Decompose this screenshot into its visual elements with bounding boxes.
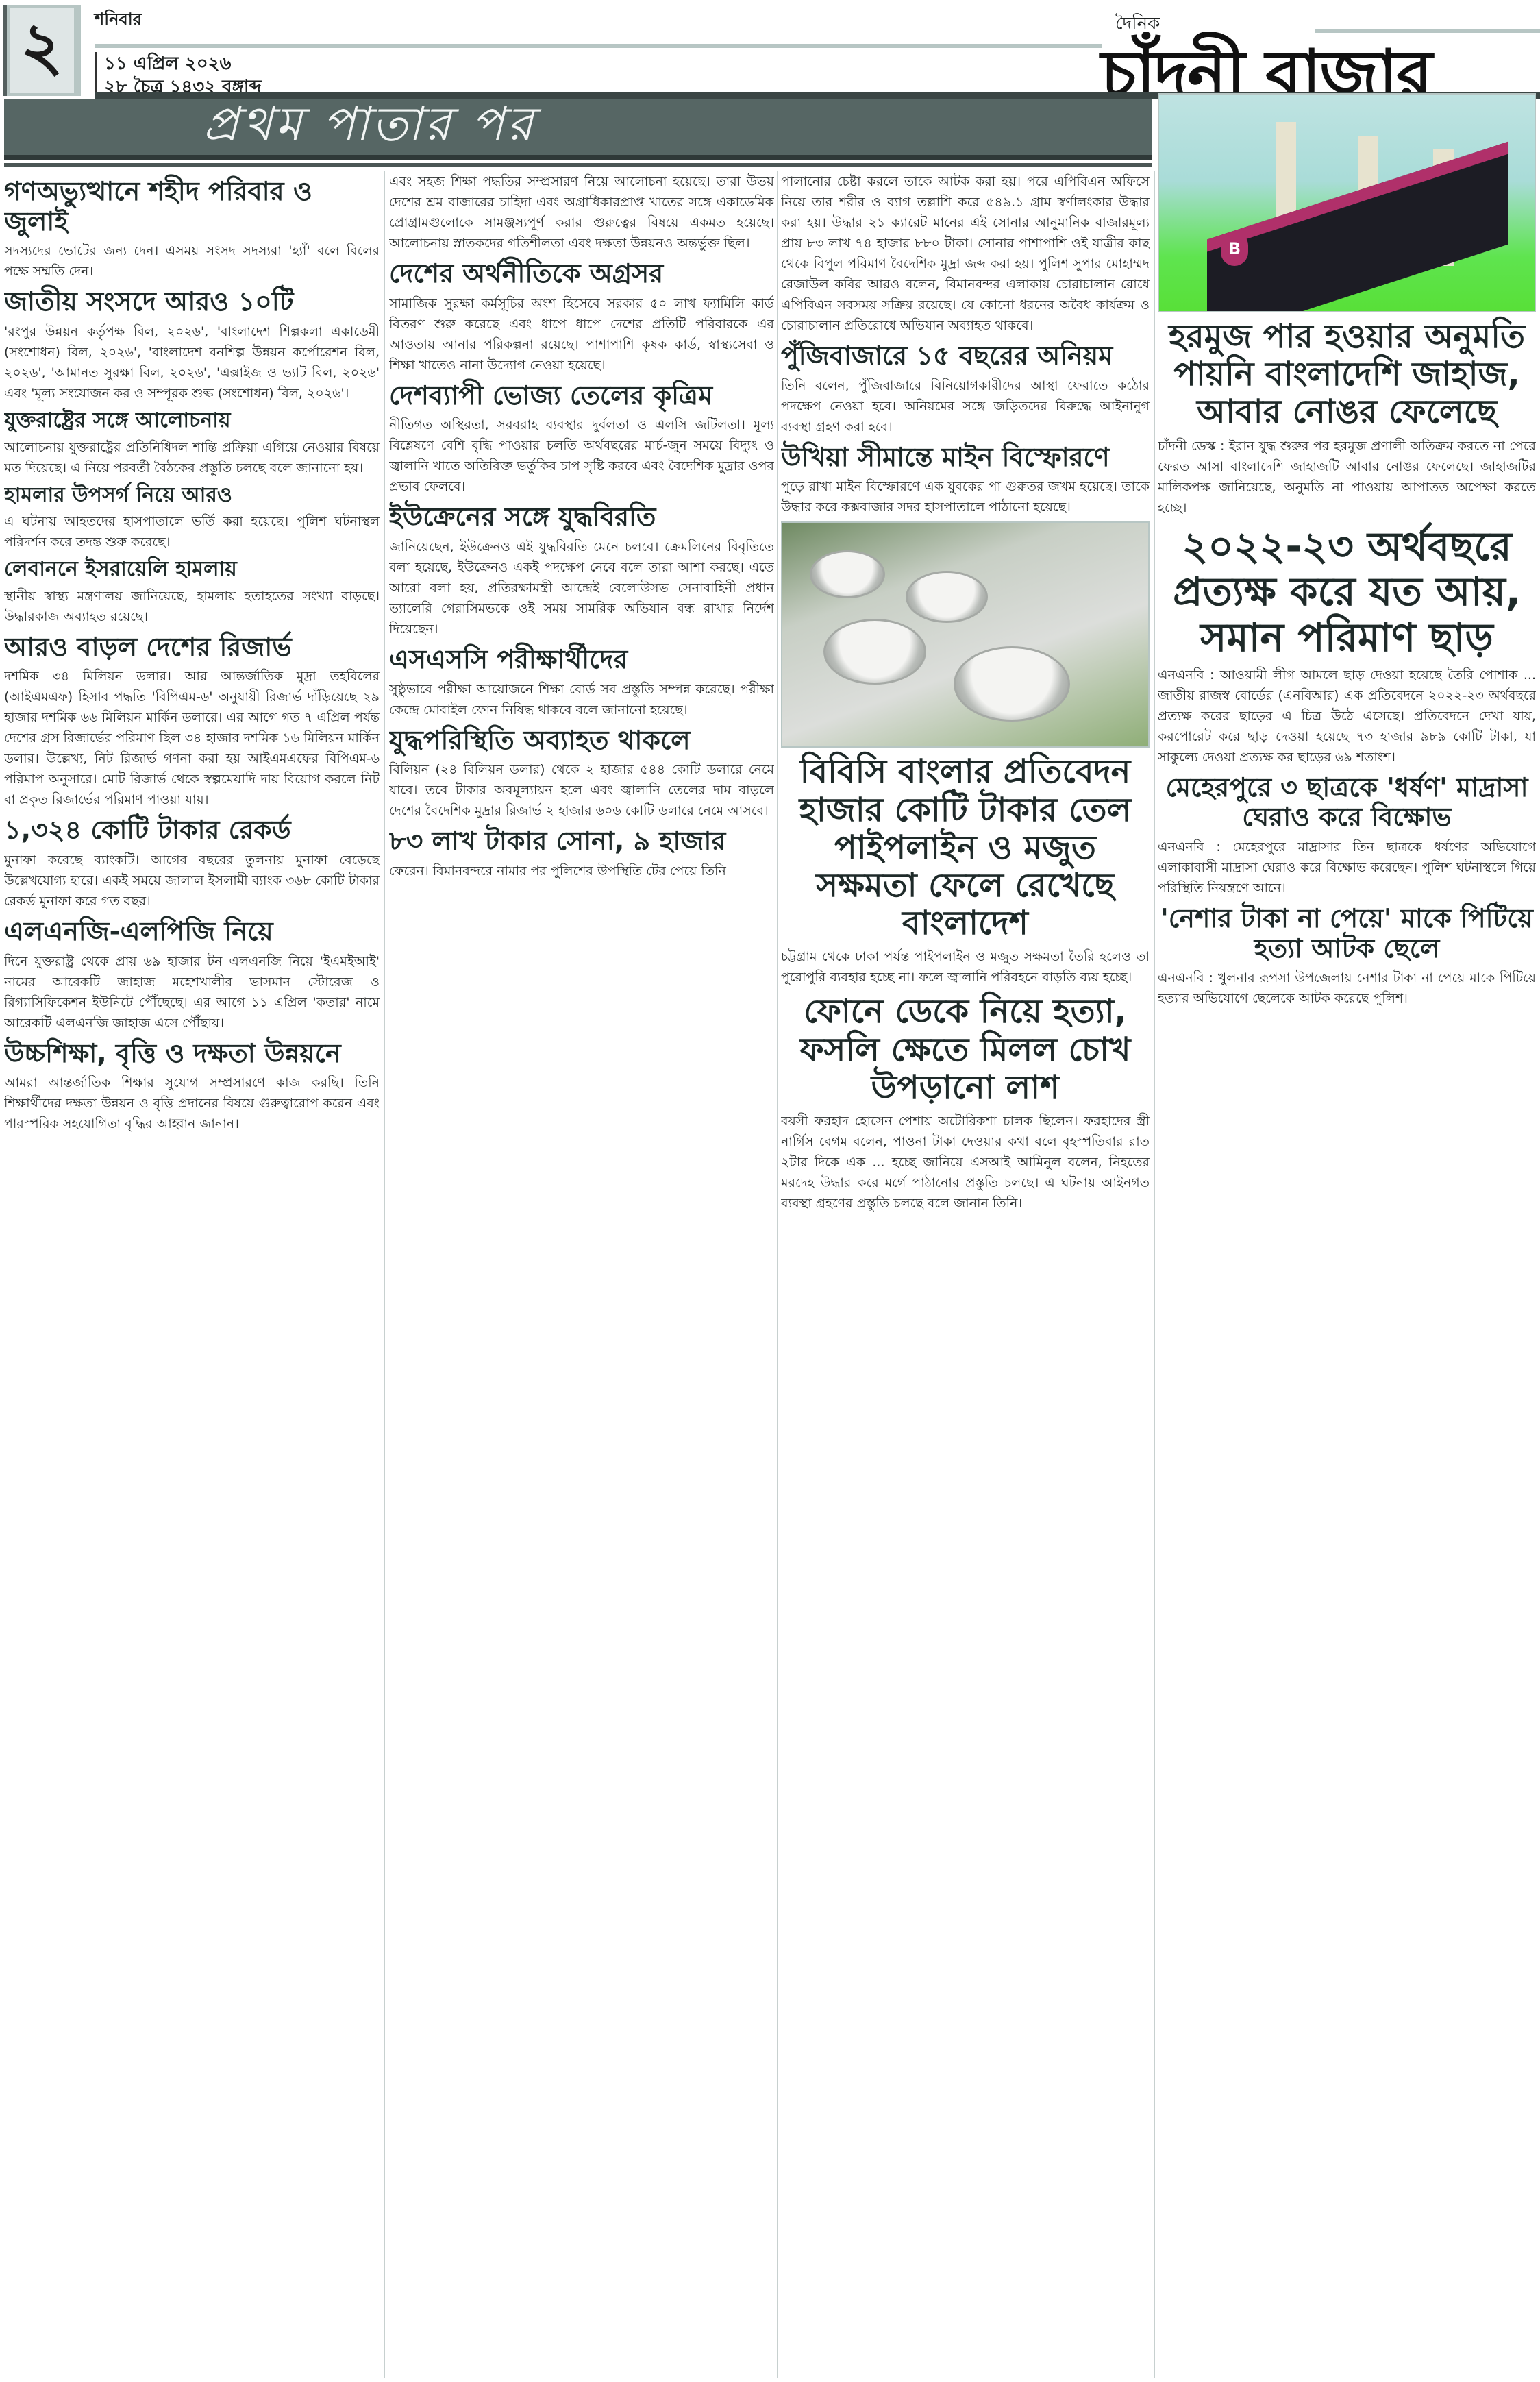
story-body: এবং সহজ শিক্ষা পদ্ধতির সম্প্রসারণ নিয়ে … [389,171,774,254]
story-body: স্থানীয় স্বাস্থ্য মন্ত্রণালয় জানিয়েছে… [4,586,380,627]
headline[interactable]: জাতীয় সংসদে আরও ১০টি [4,287,380,317]
story-body: চাঁদনী ডেস্ক : ইরান যুদ্ধ শুরুর পর হরমুজ… [1158,436,1536,518]
story[interactable]: মেহেরপুরে ৩ ছাত্রকে 'ধর্ষণ' মাদ্রাসা ঘের… [1158,773,1536,898]
story[interactable]: এসএসসি পরীক্ষার্থীদেরসুষ্ঠুভাবে পরীক্ষা … [389,645,774,720]
story[interactable]: ১,৩২৪ কোটি টাকার রেকর্ডমুনাফা করেছে ব্যা… [4,815,380,911]
headline[interactable]: দেশের অর্থনীতিকে অগ্রসর [389,259,774,289]
story[interactable]: এলএনজি-এলপিজি নিয়েদিনে যুক্তরাষ্ট্র থেক… [4,917,380,1033]
headline[interactable]: 'নেশার টাকা না পেয়ে' মাকে পিটিয়ে হত্যা… [1158,904,1536,963]
headline[interactable]: হামলার উপসর্গ নিয়ে আরও [4,484,380,508]
headline[interactable]: ৮৩ লাখ টাকার সোনা, ৯ হাজার [389,826,774,857]
story-body: তিনি বলেন, পুঁজিবাজারে বিনিয়োগকারীদের আ… [781,376,1150,437]
story[interactable]: গণঅভ্যুত্থানে শহীদ পরিবার ও জুলাইসদস্যদে… [4,177,380,282]
newspaper-page: ২ শনিবার ১১ এপ্রিল ২০২৬ ২৮ চৈত্র ১৪৩২ বঙ… [0,0,1540,2382]
story-body: সদস্যদের ভোটের জন্য দেন। এসময় সংসদ সদস্… [4,241,380,282]
date-block: শনিবার ১১ এপ্রিল ২০২৬ ২৮ চৈত্র ১৪৩২ বঙ্গ… [95,7,382,99]
ship-photo: B [1158,93,1536,312]
column-divider [1154,171,1155,2378]
story-body: সুষ্ঠুভাবে পরীক্ষা আয়োজনে শিক্ষা বোর্ড … [389,679,774,720]
story[interactable]: এবং সহজ শিক্ষা পদ্ধতির সম্প্রসারণ নিয়ে … [389,171,774,254]
story-body: দশমিক ৩৪ মিলিয়ন ডলার। আর আন্তর্জাতিক মু… [4,666,380,810]
story-body: ফেরেন। বিমানবন্দরে নামার পর পুলিশের উপস্… [389,861,774,881]
headline[interactable]: উখিয়া সীমান্তে মাইন বিস্ফোরণে [781,443,1150,473]
headline[interactable]: যুদ্ধপরিস্থিতি অব্যাহত থাকলে [389,726,774,756]
column-4: B হরমুজ পার হওয়ার অনুমতি পায়নি বাংলাদে… [1158,89,1536,2378]
story-body: নীতিগত অস্থিরতা, সরবরাহ ব্যবস্থার দুর্বল… [389,415,774,497]
headline[interactable]: ১,৩২৪ কোটি টাকার রেকর্ড [4,815,380,846]
headline[interactable]: পুঁজিবাজারে ১৫ বছরের অনিয়ম [781,341,1150,371]
section-banner: প্রথম পাতার পর [4,99,1152,160]
story[interactable]: বিবিসি বাংলার প্রতিবেদন হাজার কোটি টাকার… [781,753,1150,987]
column-divider [777,171,778,2378]
headline[interactable]: মেহেরপুরে ৩ ছাত্রকে 'ধর্ষণ' মাদ্রাসা ঘের… [1158,773,1536,833]
story[interactable]: দেশব্যাপী ভোজ্য তেলের কৃত্রিমনীতিগত অস্থ… [389,381,774,498]
story[interactable]: হামলার উপসর্গ নিয়ে আরওএ ঘটনায় আহতদের হ… [4,484,380,553]
headline[interactable]: গণঅভ্যুত্থানে শহীদ পরিবার ও জুলাই [4,177,380,236]
story-body: আমরা আন্তর্জাতিক শিক্ষার সুযোগ সম্প্রসার… [4,1072,380,1134]
story[interactable]: জাতীয় সংসদে আরও ১০টি'রংপুর উন্নয়ন কর্ত… [4,287,380,404]
story[interactable]: ৮৩ লাখ টাকার সোনা, ৯ হাজারফেরেন। বিমানবন… [389,826,774,881]
column-3: পালানোর চেষ্টা করলে তাকে আটক করা হয়। পর… [781,171,1150,2378]
headline[interactable]: ২০২২-২৩ অর্থবছরে প্রত্যক্ষ করে যত আয়, স… [1158,524,1536,661]
headline[interactable]: যুক্তরাষ্ট্রের সঙ্গে আলোচনায় [4,409,380,433]
headline[interactable]: আরও বাড়ল দেশের রিজার্ভ [4,633,380,663]
divider [95,44,1102,48]
oil-tanks-photo [781,521,1150,748]
story[interactable]: ফোনে ডেকে নিয়ে হত্যা, ফসলি ক্ষেতে মিলল … [781,993,1150,1214]
story[interactable]: আরও বাড়ল দেশের রিজার্ভদশমিক ৩৪ মিলিয়ন … [4,633,380,811]
story[interactable]: পালানোর চেষ্টা করলে তাকে আটক করা হয়। পর… [781,171,1150,336]
headline[interactable]: এসএসসি পরীক্ষার্থীদের [389,645,774,675]
story[interactable]: উচ্চশিক্ষা, বৃত্তি ও দক্ষতা উন্নয়নেআমরা… [4,1039,380,1135]
headline[interactable]: হরমুজ পার হওয়ার অনুমতি পায়নি বাংলাদেশি… [1158,318,1536,432]
story-body: আলোচনায় যুক্তরাষ্ট্রের প্রতিনিধিদল শান্… [4,437,380,478]
story-body: এনএনবি : মেহেরপুরে মাদ্রাসার তিন ছাত্রকে… [1158,837,1536,898]
story[interactable]: দেশের অর্থনীতিকে অগ্রসরসামাজিক সুরক্ষা ক… [389,259,774,376]
date-gregorian: ১১ এপ্রিল ২০২৬ [104,52,382,75]
headline[interactable]: ফোনে ডেকে নিয়ে হত্যা, ফসলি ক্ষেতে মিলল … [781,993,1150,1107]
headline[interactable]: উচ্চশিক্ষা, বৃত্তি ও দক্ষতা উন্নয়নে [4,1039,380,1069]
story-body: বয়সী ফরহাদ হোসেন পেশায় অটোরিকশা চালক ছ… [781,1111,1150,1214]
story-body: এ ঘটনায় আহতদের হাসপাতালে ভর্তি করা হয়ে… [4,511,380,552]
story[interactable]: হরমুজ পার হওয়ার অনুমতি পায়নি বাংলাদেশি… [1158,318,1536,518]
story-body: বিলিয়ন (২৪ বিলিয়ন ডলার) থেকে ২ হাজার ৫… [389,759,774,821]
story-body: চট্টগ্রাম থেকে ঢাকা পর্যন্ত পাইপলাইন ও ম… [781,946,1150,987]
ship-logo-icon: B [1221,232,1248,266]
story-body: 'রংপুর উন্নয়ন কর্তৃপক্ষ বিল, ২০২৬', 'বা… [4,321,380,404]
headline[interactable]: বিবিসি বাংলার প্রতিবেদন হাজার কোটি টাকার… [781,753,1150,942]
story[interactable]: ২০২২-২৩ অর্থবছরে প্রত্যক্ষ করে যত আয়, স… [1158,524,1536,768]
story-body: জানিয়েছেন, ইউক্রেনও এই যুদ্ধবিরতি মেনে … [389,537,774,639]
story-body: সামাজিক সুরক্ষা কর্মসূচির অংশ হিসেবে সরক… [389,293,774,376]
story-body: পালানোর চেষ্টা করলে তাকে আটক করা হয়। পর… [781,171,1150,336]
headline[interactable]: লেবাননে ইসরায়েলি হামলায় [4,558,380,582]
story[interactable]: পুঁজিবাজারে ১৫ বছরের অনিয়মতিনি বলেন, পু… [781,341,1150,437]
headline[interactable]: ইউক্রেনের সঙ্গে যুদ্ধবিরতি [389,502,774,532]
story[interactable]: 'নেশার টাকা না পেয়ে' মাকে পিটিয়ে হত্যা… [1158,904,1536,1009]
column-2: এবং সহজ শিক্ষা পদ্ধতির সম্প্রসারণ নিয়ে … [389,171,774,2378]
story-body: পুড়ে রাখা মাইন বিস্ফোরণে এক যুবকের পা গ… [781,476,1150,517]
column-divider [384,171,385,2378]
page-number: ২ [7,5,81,96]
story-body: এনএনবি : খুলনার রূপসা উপজেলায় নেশার টাক… [1158,968,1536,1009]
headline[interactable]: দেশব্যাপী ভোজ্য তেলের কৃত্রিম [389,381,774,411]
story[interactable]: যুদ্ধপরিস্থিতি অব্যাহত থাকলেবিলিয়ন (২৪ … [389,726,774,822]
divider [4,163,1152,167]
column-1: গণঅভ্যুত্থানে শহীদ পরিবার ও জুলাইসদস্যদে… [4,171,380,2378]
story[interactable]: লেবাননে ইসরায়েলি হামলায়স্থানীয় স্বাস্… [4,558,380,627]
weekday: শনিবার [95,7,382,34]
story-body: মুনাফা করেছে ব্যাংকটি। আগের বছরের তুলনায… [4,850,380,911]
story[interactable]: যুক্তরাষ্ট্রের সঙ্গে আলোচনায়আলোচনায় যু… [4,409,380,478]
story[interactable]: উখিয়া সীমান্তে মাইন বিস্ফোরণেপুড়ে রাখা… [781,443,1150,518]
story-body: দিনে যুক্তরাষ্ট্র থেকে প্রায় ৬৯ হাজার ট… [4,951,380,1033]
story-body: এনএনবি : আওয়ামী লীগ আমলে ছাড় দেওয়া হয… [1158,665,1536,768]
headline[interactable]: এলএনজি-এলপিজি নিয়ে [4,917,380,947]
story[interactable]: ইউক্রেনের সঙ্গে যুদ্ধবিরতিজানিয়েছেন, ইউ… [389,502,774,639]
